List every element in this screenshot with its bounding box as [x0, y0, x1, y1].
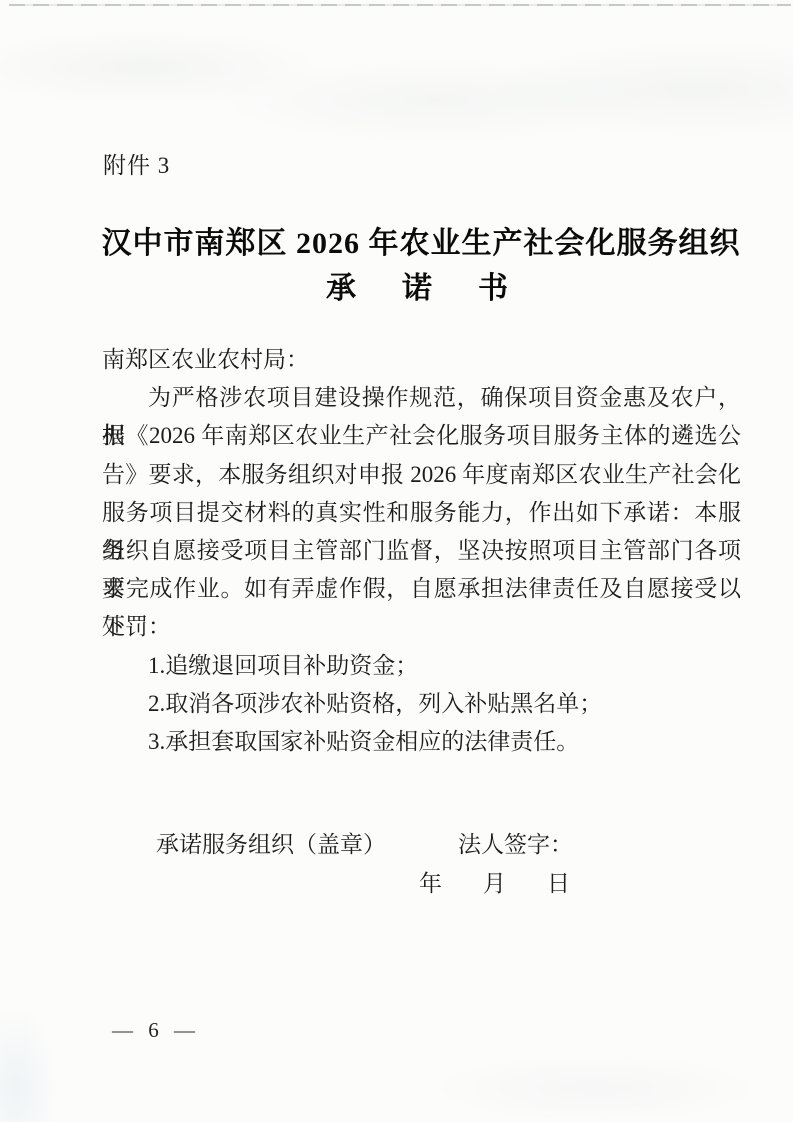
attachment-label: 附件 3	[103, 147, 170, 180]
paragraph-line: 求完成作业。如有弄虚作假，自愿承担法律责任及自愿接受以下	[102, 570, 741, 608]
paragraph-line: 组织自愿接受项目主管部门监督，坚决按照项目主管部门各项要	[102, 532, 741, 570]
paragraph-line: 告》要求，本服务组织对申报 2026 年度南郑区农业生产社会化	[102, 456, 741, 494]
penalty-item-3: 3.承担套取国家补贴资金相应的法律责任。	[102, 723, 741, 761]
penalty-item-2: 2.取消各项涉农补贴资格，列入补贴黑名单；	[102, 685, 741, 723]
signature-org-label: 承诺服务组织（盖章）	[156, 830, 386, 860]
penalty-item-1: 1.追缴退回项目补助资金；	[102, 647, 741, 685]
document-title-line2: 承 诺 书	[49, 266, 793, 311]
paragraph-line: 处罚：	[102, 608, 741, 646]
date-month-label: 月	[483, 869, 506, 899]
paragraph-line: 服务项目提交材料的真实性和服务能力，作出如下承诺：本服务	[102, 494, 741, 532]
page-number: — 6 —	[112, 1018, 200, 1043]
paragraph-line: 据《2026 年南郑区农业生产社会化服务项目服务主体的遴选公	[102, 417, 741, 455]
document-title: 汉中市南郑区 2026 年农业生产社会化服务组织 承 诺 书	[49, 221, 793, 311]
document-title-line1: 汉中市南郑区 2026 年农业生产社会化服务组织	[49, 221, 793, 266]
scanned-document-page: 附件 3 汉中市南郑区 2026 年农业生产社会化服务组织 承 诺 书 南郑区农…	[0, 0, 793, 1122]
paragraph-line: 为严格涉农项目建设操作规范，确保项目资金惠及农户，根	[102, 379, 741, 417]
document-body: 南郑区农业农村局： 为严格涉农项目建设操作规范，确保项目资金惠及农户，根 据《2…	[102, 341, 741, 761]
signature-legal-person-label: 法人签字：	[458, 830, 573, 860]
date-day-label: 日	[547, 869, 570, 899]
date-year-label: 年	[419, 869, 442, 899]
signature-date-line: 年 月 日	[419, 869, 570, 899]
salutation: 南郑区农业农村局：	[102, 341, 741, 379]
scan-artifact-top-line	[9, 4, 791, 6]
